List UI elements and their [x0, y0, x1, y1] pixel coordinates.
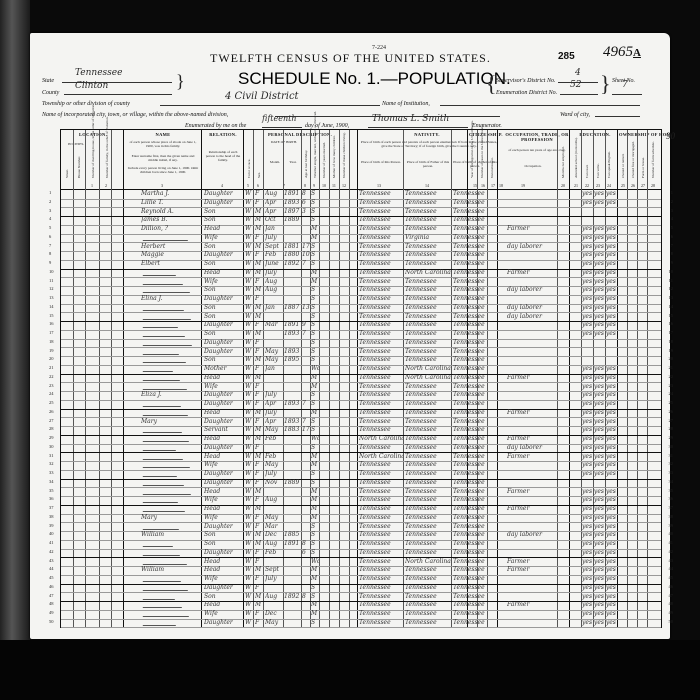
handwritten-sheet-number: 4965A	[603, 44, 641, 61]
age-cell: 7	[302, 418, 310, 426]
pob-father-cell: Tennessee	[405, 505, 451, 513]
ward-label: Ward of city,	[560, 112, 590, 118]
birth-month-cell: Apr	[265, 208, 283, 216]
pob-father-cell: Tennessee	[405, 260, 451, 268]
column-number: 16	[481, 183, 485, 188]
color-cell: W	[245, 601, 253, 609]
pob-mother-cell: Tennessee	[453, 461, 497, 469]
relation-cell: Daughter	[204, 584, 242, 592]
pob-father-cell: Tennessee	[405, 251, 451, 259]
education-cell: yes yes yes	[582, 278, 616, 286]
marital-cell: S	[311, 286, 319, 294]
birth-month-cell: Feb	[265, 549, 283, 557]
marital-cell: S	[311, 243, 319, 251]
pob-person-cell: Tennessee	[359, 523, 403, 531]
row-number-left: 27	[49, 418, 54, 423]
nativity-desc: Place of birth of each person and parent…	[359, 140, 499, 148]
education-cell: yes yes yes	[582, 243, 616, 251]
sex-cell: M	[255, 374, 263, 382]
marital-cell: M	[311, 409, 319, 417]
sex-cell: F	[255, 190, 263, 198]
education-cell: yes yes yes	[582, 558, 616, 566]
relation-cell: Son	[204, 531, 242, 539]
birth-year-cell: 1892	[284, 260, 301, 268]
pob-father-cell: North Carolina	[405, 365, 451, 373]
pob-person-cell: Tennessee	[359, 505, 403, 513]
row-number-left: 5	[49, 225, 51, 230]
pob-person-cell: Tennessee	[359, 610, 403, 618]
marital-cell: S	[311, 216, 319, 224]
row-number-right: 1	[671, 190, 673, 195]
marital-cell: M	[311, 566, 319, 574]
relation-cell: Daughter	[204, 321, 242, 329]
color-cell: W	[245, 356, 253, 364]
county-label: County	[42, 90, 59, 96]
pob-person-cell: Tennessee	[359, 348, 403, 356]
column-number: 2	[105, 183, 107, 188]
relation-cell: Servant	[204, 426, 242, 434]
birth-month-cell: Sept	[265, 243, 283, 251]
row-number-right: 13	[669, 295, 674, 300]
color-cell: W	[245, 523, 253, 531]
column-number: 1	[91, 183, 93, 188]
relation-cell: Daughter	[204, 400, 242, 408]
sex-cell: F	[255, 418, 263, 426]
relation-cell: Head	[204, 225, 242, 233]
sex-cell: M	[255, 286, 263, 294]
pob-mother-cell: Tennessee	[453, 453, 497, 461]
color-cell: W	[245, 470, 253, 478]
row-number-left: 43	[49, 558, 54, 563]
row-number-left: 24	[49, 391, 54, 396]
pob-person-cell: Tennessee	[359, 540, 403, 548]
township-label: Township or other division of county	[42, 101, 130, 107]
table-row: 5050DaughterWFMaySTennesseeTennesseeTenn…	[61, 619, 661, 629]
birth-year-cell: 1891	[284, 321, 301, 329]
supervisor-district-value: 4	[575, 68, 581, 78]
pob-father-cell: Tennessee	[405, 199, 451, 207]
color-cell: W	[245, 593, 253, 601]
birth-month-cell: July	[265, 234, 283, 242]
illegible-handwriting	[143, 449, 177, 451]
birth-year-cell: 1895	[284, 356, 301, 364]
name-cell: Elina J.	[141, 295, 199, 303]
color-cell: W	[245, 295, 253, 303]
months-not-employed-head: Months not employed.	[561, 156, 565, 178]
row-number-right: 26	[669, 409, 674, 414]
marital-cell: S	[311, 470, 319, 478]
row-number-left: 8	[49, 251, 51, 256]
pob-mother-cell: Tennessee	[453, 444, 497, 452]
marital-cell: S	[311, 260, 319, 268]
enumeration-district-value: 52	[570, 80, 581, 90]
row-number-right: 19	[669, 348, 674, 353]
birth-month-cell: May	[265, 426, 283, 434]
birth-month-cell: May	[265, 348, 283, 356]
row-number-left: 30	[49, 444, 54, 449]
sex-cell: M	[255, 426, 263, 434]
illegible-handwriting	[143, 309, 185, 311]
group-ownership: OWNERSHIP OF HOME.	[619, 132, 661, 137]
sex-cell: F	[255, 234, 263, 242]
column-number: 13	[377, 183, 381, 188]
row-number-right: 34	[669, 479, 674, 484]
marital-cell: S	[311, 593, 319, 601]
marital-cell: S	[311, 321, 319, 329]
pob-father-cell: Tennessee	[405, 601, 451, 609]
column-number: 6	[257, 183, 259, 188]
sex-cell: F	[255, 251, 263, 259]
illegible-handwriting	[143, 554, 181, 556]
pob-person-cell: Tennessee	[359, 286, 403, 294]
illegible-handwriting	[143, 475, 178, 477]
column-number: 26	[631, 183, 635, 188]
marital-cell: S	[311, 400, 319, 408]
name-cell: Mary	[141, 418, 199, 426]
pob-person-cell: Tennessee	[359, 566, 403, 574]
row-number-right: 35	[669, 488, 674, 493]
relation-cell: Daughter	[204, 348, 242, 356]
sex-cell: M	[255, 356, 263, 364]
relation-cell: Head	[204, 488, 242, 496]
row-number-left: 1	[49, 190, 51, 195]
column-number: 27	[641, 183, 645, 188]
relation-cell: Daughter	[204, 444, 242, 452]
column-number: 14	[425, 183, 429, 188]
color-cell: W	[245, 374, 253, 382]
birth-year-cell: 1889	[284, 216, 301, 224]
relation-cell: Wife	[204, 575, 242, 583]
color-cell: W	[245, 453, 253, 461]
pob-person-cell: Tennessee	[359, 470, 403, 478]
marital-head: Whether single, married, widowed, or div…	[313, 140, 317, 178]
pob-father-cell: Tennessee	[405, 540, 451, 548]
sex-cell: F	[255, 321, 263, 329]
row-number-left: 36	[49, 496, 54, 501]
pob-mother-cell: Tennessee	[453, 531, 497, 539]
education-cell: yes yes yes	[582, 549, 616, 557]
age-cell: 17	[302, 426, 310, 434]
pob-mother-cell: Tennessee	[453, 514, 497, 522]
years-married-head: Number of years married.	[322, 140, 326, 178]
birth-head: DATE OF BIRTH.	[269, 140, 299, 144]
pob-person-cell: Tennessee	[359, 243, 403, 251]
birth-year-cell: 1893	[284, 418, 301, 426]
pob-person-cell: Tennessee	[359, 339, 403, 347]
illegible-handwriting	[143, 624, 177, 626]
birth-month-cell: July	[265, 470, 283, 478]
pob-mother-cell: Tennessee	[453, 278, 497, 286]
marital-cell: M	[311, 225, 319, 233]
education-cell: yes yes yes	[582, 269, 616, 277]
illegible-handwriting	[143, 431, 183, 433]
color-cell: W	[245, 575, 253, 583]
color-cell: W	[245, 558, 253, 566]
sex-cell: F	[255, 348, 263, 356]
row-number-right: 11	[669, 278, 673, 283]
can-speak-english-head: Can speak English.	[607, 140, 611, 178]
pob-mother-cell: Tennessee	[453, 295, 497, 303]
attended-school-head: Attended school (in months).	[574, 140, 578, 178]
stamped-number: 285	[558, 51, 575, 62]
sex-cell: F	[255, 514, 263, 522]
row-number-right: 3	[671, 208, 673, 213]
education-cell: yes yes yes	[582, 190, 616, 198]
sex-cell: M	[255, 313, 263, 321]
relation-cell: Wife	[204, 234, 242, 242]
pob-mother-cell: Tennessee	[453, 549, 497, 557]
pob-mother-cell: Tennessee	[453, 540, 497, 548]
row-number-right: 23	[669, 383, 674, 388]
relation-cell: Son	[204, 260, 242, 268]
color-cell: W	[245, 496, 253, 504]
relation-cell: Head	[204, 453, 242, 461]
immigration-head: Year of immigration to the United States…	[470, 140, 474, 178]
age-cell: 13	[302, 304, 310, 312]
column-number: 17	[491, 183, 495, 188]
marital-cell: M	[311, 610, 319, 618]
pob-father-cell: Tennessee	[405, 356, 451, 364]
column-number: 20	[561, 183, 565, 188]
marital-cell: M	[311, 496, 319, 504]
marital-cell: M	[311, 374, 319, 382]
pob-person-cell: Tennessee	[359, 531, 403, 539]
row-number-left: 34	[49, 479, 54, 484]
pob-mother-cell: Tennessee	[453, 488, 497, 496]
education-cell: yes yes yes	[582, 409, 616, 417]
illegible-handwriting	[143, 466, 191, 468]
color-cell: W	[245, 549, 253, 557]
color-cell: W	[245, 540, 253, 548]
relation-cell: Head	[204, 409, 242, 417]
birth-year-cell: 1893	[284, 400, 301, 408]
relation-cell: Head	[204, 269, 242, 277]
pob-mother-cell: Tennessee	[453, 208, 497, 216]
illegible-handwriting	[143, 388, 188, 390]
illegible-handwriting	[143, 361, 187, 363]
sex-cell: F	[255, 444, 263, 452]
relation-cell: Daughter	[204, 251, 242, 259]
sex-cell: M	[255, 208, 263, 216]
pob-father-head: Place of birth of Father of this person.	[405, 160, 451, 168]
pob-mother-cell: Tennessee	[453, 190, 497, 198]
sex-cell: F	[255, 391, 263, 399]
pob-father-cell: Tennessee	[405, 295, 451, 303]
sex-cell: F	[255, 383, 263, 391]
age-cell: 6	[302, 549, 310, 557]
education-cell: yes yes yes	[582, 225, 616, 233]
birth-month-cell: Dec	[265, 610, 283, 618]
name-cell: Eliza J.	[141, 391, 199, 399]
row-number-left: 9	[49, 260, 51, 265]
color-cell: W	[245, 409, 253, 417]
relation-cell: Wife	[204, 610, 242, 618]
row-number-right: 40	[669, 531, 674, 536]
birth-year-cell: 1881	[284, 243, 301, 251]
sex-cell: M	[255, 304, 263, 312]
row-number-right: 17	[669, 330, 674, 335]
sex-cell: F	[255, 496, 263, 504]
pob-father-cell: Tennessee	[405, 435, 451, 443]
sex-cell: F	[255, 295, 263, 303]
owned-free-head: Owned free or mortgaged.	[631, 140, 635, 178]
row-number-right: 8	[671, 251, 673, 256]
pob-mother-cell: Tennessee	[453, 251, 497, 259]
pob-mother-cell: Tennessee	[453, 566, 497, 574]
pob-person-cell: Tennessee	[359, 409, 403, 417]
relation-cell: Son	[204, 208, 242, 216]
sex-cell: F	[255, 461, 263, 469]
group-occupation: OCCUPATION, TRADE, OR PROFESSION	[503, 132, 571, 142]
document-title: TWELFTH CENSUS OF THE UNITED STATES.	[210, 51, 491, 66]
illegible-handwriting	[143, 353, 180, 355]
row-number-left: 42	[49, 549, 54, 554]
pob-father-cell: Tennessee	[405, 348, 451, 356]
row-number-left: 18	[49, 339, 54, 344]
marital-cell: M	[311, 278, 319, 286]
illegible-handwriting	[143, 405, 182, 407]
pob-father-cell: North Carolina	[405, 558, 451, 566]
relation-cell: Wife	[204, 383, 242, 391]
pob-father-cell: Tennessee	[405, 461, 451, 469]
sheet-number-suffix: A	[633, 47, 641, 59]
relation-cell: Daughter	[204, 190, 242, 198]
birth-month-cell: Feb	[265, 453, 283, 461]
marital-cell: S	[311, 418, 319, 426]
illegible-handwriting	[143, 615, 190, 617]
county-value: Clinton	[75, 81, 108, 91]
pob-person-cell: Tennessee	[359, 304, 403, 312]
pob-mother-cell: Tennessee	[453, 418, 497, 426]
relation-cell: Head	[204, 505, 242, 513]
education-cell: yes yes yes	[582, 391, 616, 399]
sex-cell: F	[255, 199, 263, 207]
pob-father-cell: Tennessee	[405, 330, 451, 338]
pob-father-cell: Tennessee	[405, 383, 451, 391]
pob-father-cell: Tennessee	[405, 225, 451, 233]
sex-cell: M	[255, 601, 263, 609]
education-cell: yes yes yes	[582, 523, 616, 531]
marital-cell: M	[311, 601, 319, 609]
age-cell: 7	[302, 400, 310, 408]
illegible-handwriting	[143, 510, 186, 512]
color-cell: W	[245, 330, 253, 338]
birth-month-cell: Jan	[265, 304, 283, 312]
color-cell: W	[245, 348, 253, 356]
row-number-right: 45	[669, 575, 674, 580]
pob-person-cell: North Carolina	[359, 435, 403, 443]
pob-mother-cell: Tennessee	[453, 374, 497, 382]
relation-cell: Wife	[204, 514, 242, 522]
education-cell: yes yes yes	[582, 435, 616, 443]
education-cell: yes yes yes	[582, 531, 616, 539]
pob-father-cell: Tennessee	[405, 523, 451, 531]
color-cell: W	[245, 243, 253, 251]
pob-father-cell: Tennessee	[405, 321, 451, 329]
row-number-right: 42	[669, 549, 674, 554]
row-number-left: 11	[49, 278, 53, 283]
pob-mother-cell: Tennessee	[453, 610, 497, 618]
sex-head: Sex.	[257, 160, 261, 178]
age-cell: 8	[302, 190, 310, 198]
birth-month-cell: May	[265, 356, 283, 364]
relation-cell: Daughter	[204, 418, 242, 426]
birth-year-cell: 1897	[284, 208, 301, 216]
pob-father-cell: Tennessee	[405, 391, 451, 399]
sex-cell: M	[255, 409, 263, 417]
sex-cell: M	[255, 488, 263, 496]
occupation-cell: day laborer	[507, 286, 557, 294]
pob-person-cell: Tennessee	[359, 426, 403, 434]
pob-mother-cell: Tennessee	[453, 496, 497, 504]
row-number-right: 2	[671, 199, 673, 204]
occupation-cell: Farmer	[507, 558, 557, 566]
pob-person-cell: Tennessee	[359, 208, 403, 216]
pob-person-cell: Tennessee	[359, 365, 403, 373]
column-number: 4	[221, 183, 223, 188]
pob-father-cell: Tennessee	[405, 418, 451, 426]
pob-person-cell: Tennessee	[359, 601, 403, 609]
month-head: Month.	[266, 160, 284, 164]
relation-cell: Daughter	[204, 523, 242, 531]
education-cell: yes yes yes	[582, 496, 616, 504]
pob-mother-cell: Tennessee	[453, 216, 497, 224]
illegible-handwriting	[143, 545, 174, 547]
pob-father-cell: Tennessee	[405, 426, 451, 434]
pob-mother-cell: Tennessee	[453, 313, 497, 321]
pob-mother-cell: Tennessee	[453, 260, 497, 268]
name-cell: Lillie T.	[141, 199, 199, 207]
column-number: 19	[521, 183, 525, 188]
pob-person-cell: Tennessee	[359, 313, 403, 321]
row-number-right: 22	[669, 374, 674, 379]
birth-month-cell: Mar	[265, 321, 283, 329]
name-cell: Mary	[141, 514, 199, 522]
row-number-left: 26	[49, 409, 54, 414]
birth-month-cell: Sept	[265, 566, 283, 574]
education-cell: yes yes yes	[582, 260, 616, 268]
relation-cell: Daughter	[204, 549, 242, 557]
name-cell: William	[141, 566, 199, 574]
pob-person-cell: Tennessee	[359, 269, 403, 277]
birth-month-cell: Oct	[265, 216, 283, 224]
row-number-left: 22	[49, 374, 54, 379]
marital-cell: M	[311, 514, 319, 522]
occupation-cell: day laborer	[507, 304, 557, 312]
education-cell: yes yes yes	[582, 400, 616, 408]
occupation-cell: day laborer	[507, 444, 557, 452]
pob-father-cell: Tennessee	[405, 575, 451, 583]
pob-mother-cell: Tennessee	[453, 575, 497, 583]
row-number-right: 32	[669, 461, 674, 466]
education-cell: yes yes yes	[582, 199, 616, 207]
marital-cell: S	[311, 426, 319, 434]
marital-cell: M	[311, 505, 319, 513]
education-cell: yes yes yes	[582, 304, 616, 312]
pob-father-cell: Tennessee	[405, 479, 451, 487]
color-cell: W	[245, 619, 253, 627]
pob-mother-cell: Tennessee	[453, 356, 497, 364]
illegible-handwriting	[143, 370, 174, 372]
color-cell: W	[245, 418, 253, 426]
census-sheet: 7-224 TWELFTH CENSUS OF THE UNITED STATE…	[30, 33, 670, 639]
birth-year-cell: 1887	[284, 304, 301, 312]
pob-person-cell: Tennessee	[359, 619, 403, 627]
sex-cell: M	[255, 225, 263, 233]
marital-cell: S	[311, 295, 319, 303]
education-cell: yes yes yes	[582, 330, 616, 338]
illegible-handwriting	[143, 440, 190, 442]
